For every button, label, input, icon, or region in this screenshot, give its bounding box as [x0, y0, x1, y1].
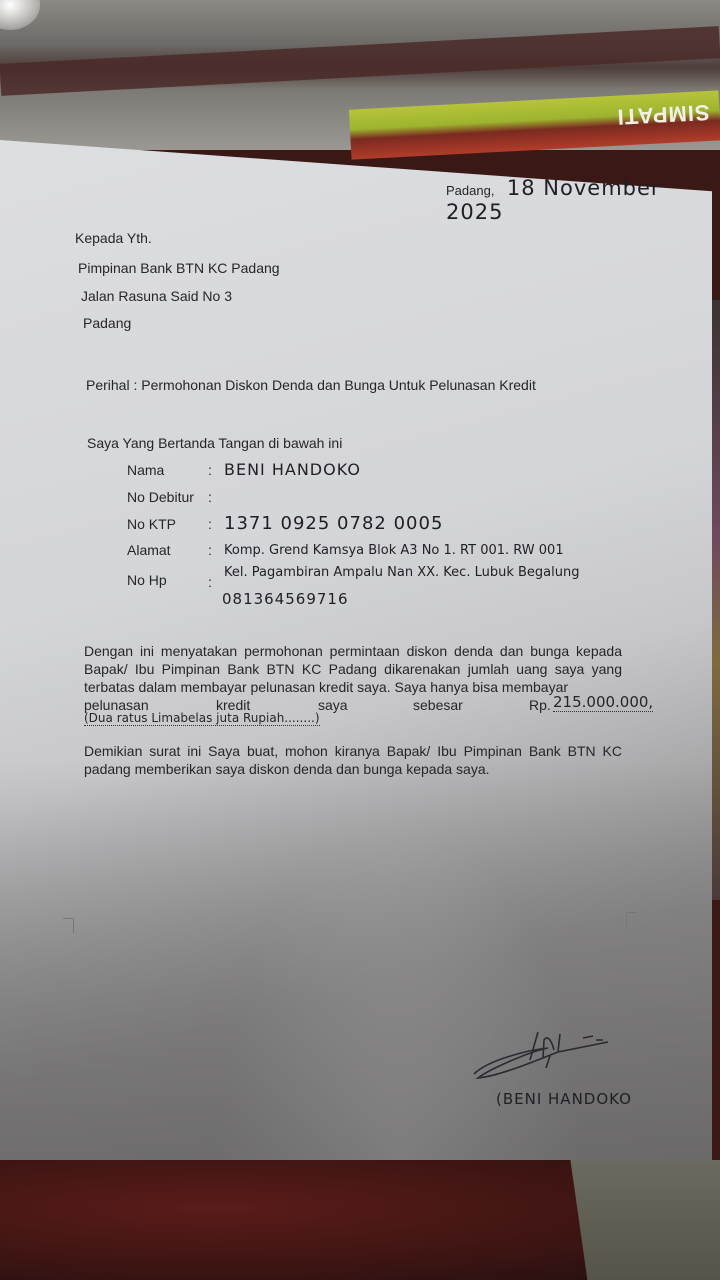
colon: : [208, 489, 212, 505]
salutation: Kepada Yth. [75, 230, 152, 246]
light-glare [0, 0, 40, 30]
background-floor [550, 1160, 720, 1280]
background-book: SIMPATI [349, 90, 720, 159]
corner-mark-left [63, 918, 74, 933]
amount-word-3: saya [318, 697, 348, 713]
colon: : [208, 516, 212, 532]
recipient-name: Pimpinan Bank BTN KC Padang [78, 260, 280, 276]
field-value-ktp: 1371 0925 0782 0005 [224, 513, 443, 534]
field-value-phone: 081364569716 [222, 590, 349, 608]
field-value-address-line2: Kel. Pagambiran Ampalu Nan XX. Kec. Lubu… [224, 565, 579, 580]
signatory-name: (BENI HANDOKO [496, 1090, 632, 1108]
intro-line: Saya Yang Bertanda Tangan di bawah ini [87, 435, 342, 451]
signature [468, 1030, 618, 1085]
book-label: SIMPATI [616, 99, 710, 130]
amount-in-words: (Dua ratus Limabelas juta Rupiah........… [84, 711, 320, 726]
field-label: Nama [127, 462, 164, 478]
amount-currency: Rp. [529, 697, 551, 713]
closing-paragraph: Demikian surat ini Saya buat, mohon kira… [84, 742, 622, 778]
recipient-city: Padang [83, 315, 131, 331]
amount-word-4: sebesar [413, 697, 463, 713]
field-label: No Debitur [127, 489, 194, 505]
background-surface-top: SIMPATI [0, 0, 720, 150]
letter-place: Padang, [446, 183, 494, 198]
colon: : [208, 542, 212, 558]
amount-value: 215.000.000, [553, 693, 653, 712]
colon: : [208, 574, 212, 590]
field-label: Alamat [127, 542, 171, 558]
background-surface-bottom [0, 1160, 720, 1280]
field-value-address-line1: Komp. Grend Kamsya Blok A3 No 1. RT 001.… [224, 543, 564, 558]
background-band [0, 26, 720, 96]
field-label: No KTP [127, 516, 176, 532]
letter-date: Padang, 18 November 2025 [446, 176, 720, 224]
letter-subject: Perihal : Permohonan Diskon Denda dan Bu… [86, 377, 536, 393]
corner-mark-right [626, 912, 637, 927]
recipient-address: Jalan Rasuna Said No 3 [81, 288, 232, 304]
field-label: No Hp [127, 572, 167, 588]
field-value-name: BENI HANDOKO [224, 460, 361, 479]
body-paragraph: Dengan ini menyatakan permohonan permint… [84, 642, 622, 696]
colon: : [208, 462, 212, 478]
